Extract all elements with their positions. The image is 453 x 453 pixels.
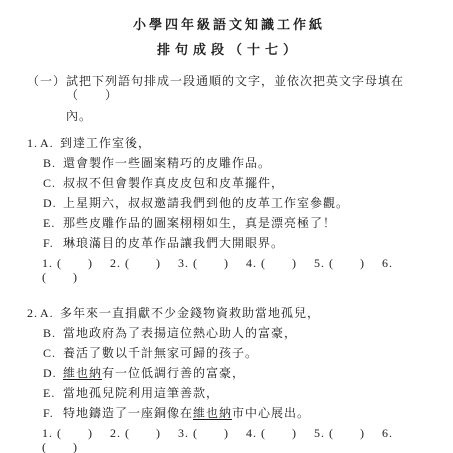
q1-item-c: C. 叔叔不但會製作真皮皮包和皮革擺件， [27, 176, 431, 190]
q1-item-b: B. 還會製作一些圖案精巧的皮雕作品。 [27, 156, 431, 170]
q2-item-d-rest: 有一位低調行善的富豪， [102, 366, 245, 380]
instruction-line1: 試把下列語句排成一段通順的文字，並依次把英文字母填在（ ） [66, 74, 431, 102]
q1-item-d-label: D. [43, 196, 63, 210]
q2-item-f-pre: 特地鑄造了一座銅像在 [63, 406, 193, 420]
instruction-text: 試把下列語句排成一段通順的文字，並依次把英文字母填在（ ） 內。 [66, 74, 431, 130]
q2-item-a-label: A. [40, 306, 60, 320]
q2-item-a-text: 多年來一直捐獻不少金錢物資救助當地孤兒， [60, 306, 431, 320]
underlined-place-name: 維也納 [193, 406, 232, 420]
q1-item-e: E. 那些皮雕作品的圖案栩栩如生，真是漂亮極了！ [27, 216, 431, 230]
q1-item-f: F. 琳琅滿目的皮革作品讓我們大開眼界。 [27, 236, 431, 250]
underlined-place-name: 維也納 [63, 366, 102, 380]
q2-item-e: E. 當地孤兒院利用這筆善款， [27, 386, 431, 400]
q1-item-f-text: 琳琅滿目的皮革作品讓我們大開眼界。 [63, 236, 431, 250]
q2-item-c: C. 養活了數以千計無家可歸的孩子。 [27, 346, 431, 360]
instruction-number: （一） [27, 74, 66, 88]
q2-number: 2. [27, 306, 40, 320]
q1-answer-blanks: 1. ( ) 2. ( ) 3. ( ) 4. ( ) 5. ( ) 6. ( … [42, 256, 431, 284]
page-title: 小學四年級語文知識工作紙 [27, 14, 431, 33]
q1-item-b-text: 還會製作一些圖案精巧的皮雕作品。 [63, 156, 431, 170]
q1-number: 1. [27, 136, 40, 150]
q1-item-a-label: A. [40, 136, 60, 150]
q1-item-e-text: 那些皮雕作品的圖案栩栩如生，真是漂亮極了！ [63, 216, 431, 230]
q2-item-b-label: B. [43, 326, 63, 340]
q2-item-f-text: 特地鑄造了一座銅像在維也納市中心展出。 [63, 406, 431, 420]
q2-item-b: B. 當地政府為了表揚這位熱心助人的富豪， [27, 326, 431, 340]
instruction-line2: 內。 [66, 109, 431, 123]
q2-item-c-label: C. [43, 346, 63, 360]
q2-item-d: D. 維也納有一位低調行善的富豪， [27, 366, 431, 380]
question-2: 2. A. 多年來一直捐獻不少金錢物資救助當地孤兒， B. 當地政府為了表揚這位… [27, 306, 431, 453]
q2-item-b-text: 當地政府為了表揚這位熱心助人的富豪， [63, 326, 431, 340]
q2-item-f: F. 特地鑄造了一座銅像在維也納市中心展出。 [27, 406, 431, 420]
q2-answer-blanks: 1. ( ) 2. ( ) 3. ( ) 4. ( ) 5. ( ) 6. ( … [42, 426, 431, 453]
q1-item-a-text: 到達工作室後， [60, 136, 431, 150]
q2-item-d-label: D. [43, 366, 63, 380]
q2-item-f-post: 市中心展出。 [232, 406, 310, 420]
q2-item-e-text: 當地孤兒院利用這筆善款， [63, 386, 431, 400]
instruction: （一） 試把下列語句排成一段通順的文字，並依次把英文字母填在（ ） 內。 [27, 74, 431, 130]
q1-item-a: 1. A. 到達工作室後， [27, 136, 431, 150]
q1-item-d-text: 上星期六，叔叔邀請我們到他的皮革工作室參觀。 [63, 196, 431, 210]
q2-item-f-label: F. [43, 406, 63, 420]
q1-item-b-label: B. [43, 156, 63, 170]
q2-item-d-text: 維也納有一位低調行善的富豪， [63, 366, 431, 380]
q2-item-c-text: 養活了數以千計無家可歸的孩子。 [63, 346, 431, 360]
q1-item-c-text: 叔叔不但會製作真皮皮包和皮革擺件， [63, 176, 431, 190]
q1-item-d: D. 上星期六，叔叔邀請我們到他的皮革工作室參觀。 [27, 196, 431, 210]
q1-item-e-label: E. [43, 216, 63, 230]
page-subtitle: 排句成段（十七） [27, 39, 431, 58]
q2-item-a: 2. A. 多年來一直捐獻不少金錢物資救助當地孤兒， [27, 306, 431, 320]
worksheet-page: 小學四年級語文知識工作紙 排句成段（十七） （一） 試把下列語句排成一段通順的文… [0, 0, 453, 453]
q2-item-e-label: E. [43, 386, 63, 400]
question-1: 1. A. 到達工作室後， B. 還會製作一些圖案精巧的皮雕作品。 C. 叔叔不… [27, 136, 431, 284]
q1-item-f-label: F. [43, 236, 63, 250]
q1-item-c-label: C. [43, 176, 63, 190]
